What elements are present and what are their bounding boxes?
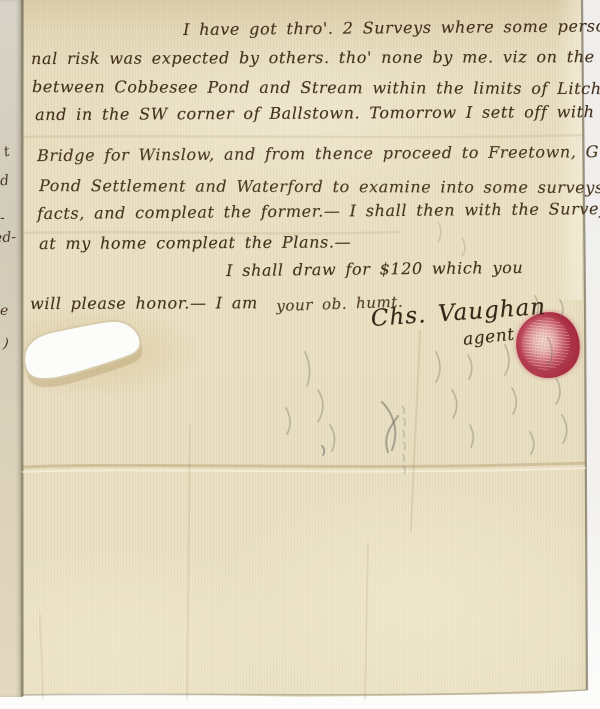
letter-line: will please honor.— I am — [30, 293, 258, 313]
letter-draw-amount-line: I shall draw for $120 which you — [226, 258, 523, 280]
letter-line: Bridge for Winslow, and from thence proc… — [37, 142, 600, 165]
fold-gutter-line — [21, 0, 24, 696]
margin-ink-fragment: e — [0, 303, 8, 319]
scanned-letter-page: t d - ed- e ) — [0, 0, 600, 709]
letter-line: between Cobbesee Pond and Stream within … — [32, 77, 600, 98]
margin-ink-fragment: ed- — [0, 229, 17, 246]
letter-line: and in the SW corner of Ballstown. Tomor… — [35, 102, 600, 124]
margin-ink-fragment: d — [0, 173, 10, 190]
letter-line: Pond Settlement and Waterford to examine… — [39, 176, 600, 197]
letter-line: nal risk was expected by others. tho' no… — [31, 47, 600, 68]
letter-line: at my home compleat the Plans.— — [39, 232, 351, 253]
letter-line: I have got thro'. 2 Surveys where some p… — [183, 16, 600, 39]
margin-ink-fragment: - — [0, 210, 5, 226]
